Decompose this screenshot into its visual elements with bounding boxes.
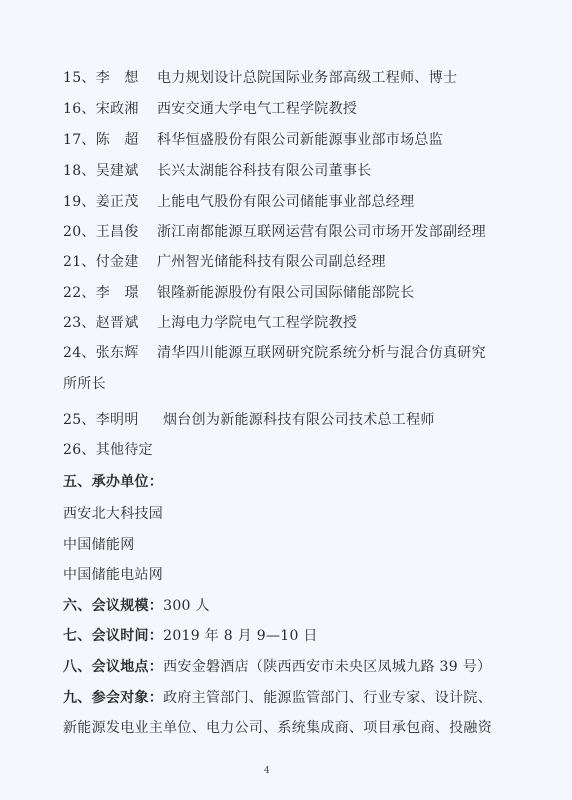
speaker-row: 23、赵晋斌 上海电力学院电气工程学院教授 (63, 313, 156, 333)
speaker-number: 16、 (63, 99, 96, 119)
audience-value: 政府主管部门、能源监管部门、行业专家、设计院、 (163, 690, 492, 706)
organizer-heading: 五、承办单位： (63, 474, 163, 490)
speaker-row: 19、姜正茂 上能电气股份有限公司储能事业部总经理 (63, 192, 156, 212)
organizer-name: 中国储能网 (63, 537, 135, 553)
speaker-name: 张东辉 (96, 343, 156, 363)
speaker-name: 宋政湘 (96, 99, 156, 119)
section-scale: 六、会议规模：300 人 (63, 596, 210, 616)
speaker-name: 付金建 (96, 252, 156, 272)
section-audience-continuation: 新能源发电业主单位、电力公司、系统集成商、项目承包商、投融资 (63, 718, 492, 738)
speaker-title-continuation: 所所长 (63, 374, 106, 394)
speaker-title: 上能电气股份有限公司储能事业部总经理 (157, 192, 414, 212)
speaker-title: 西安交通大学电气工程学院教授 (157, 99, 357, 119)
speaker-title: 烟台创为新能源科技有限公司技术总工程师 (163, 410, 435, 430)
speaker-row: 24、张东辉 清华四川能源互联网研究院系统分析与混合仿真研究 (63, 343, 156, 363)
speaker-number: 25、 (63, 410, 96, 430)
speaker-title: 长兴太湖能谷科技有限公司董事长 (157, 161, 372, 181)
speaker-row: 15、李 想 电力规划设计总院国际业务部高级工程师、博士 (63, 68, 156, 88)
time-heading: 七、会议时间： (63, 628, 163, 644)
audience-heading: 九、参会对象： (63, 690, 163, 706)
speaker-row: 22、李 璟 银隆新能源股份有限公司国际储能部院长 (63, 283, 156, 303)
speaker-number: 15、 (63, 68, 96, 88)
speaker-title: 上海电力学院电气工程学院教授 (157, 313, 357, 333)
speaker-name: 陈 超 (96, 130, 156, 150)
time-value: 2019 年 8 月 9—10 日 (163, 628, 318, 644)
speaker-name: 赵晋斌 (96, 313, 156, 333)
speaker-title: 银隆新能源股份有限公司国际储能部院长 (157, 283, 414, 303)
speaker-row: 16、宋政湘 西安交通大学电气工程学院教授 (63, 99, 156, 119)
organizer-name: 中国储能电站网 (63, 567, 163, 583)
speaker-name: 李 想 (96, 68, 156, 88)
organizer-item: 中国储能网 (63, 535, 135, 555)
speaker-name: 吴建斌 (96, 161, 156, 181)
document-page: 15、李 想 电力规划设计总院国际业务部高级工程师、博士 16、宋政湘 西安交通… (0, 0, 572, 800)
organizer-name: 西安北大科技园 (63, 506, 163, 522)
speaker-name: 李明明 (96, 410, 156, 430)
speaker-title: 科华恒盛股份有限公司新能源事业部市场总监 (157, 130, 443, 150)
speaker-name: 李 璟 (96, 283, 156, 303)
section-heading-organizer: 五、承办单位： (63, 472, 163, 492)
speaker-number: 20、 (63, 222, 96, 242)
scale-value: 300 人 (163, 598, 210, 614)
organizer-item: 西安北大科技园 (63, 504, 163, 524)
speaker-title: 浙江南都能源互联网运营有限公司市场开发部副经理 (157, 222, 486, 242)
section-audience: 九、参会对象：政府主管部门、能源监管部门、行业专家、设计院、 (63, 688, 492, 708)
section-time: 七、会议时间：2019 年 8 月 9—10 日 (63, 626, 318, 646)
speaker-title-cont: 所所长 (63, 376, 106, 392)
speaker-row: 17、陈 超 科华恒盛股份有限公司新能源事业部市场总监 (63, 130, 156, 150)
speaker-number: 24、 (63, 343, 96, 363)
speaker-row: 20、王昌俊 浙江南都能源互联网运营有限公司市场开发部副经理 (63, 222, 156, 242)
venue-value: 西安金磐酒店（陕西西安市未央区凤城九路 39 号） (163, 659, 491, 675)
speaker-row: 26、其他待定 (63, 440, 153, 460)
speaker-row: 21、付金建 广州智光储能科技有限公司副总经理 (63, 252, 156, 272)
speaker-number: 17、 (63, 130, 96, 150)
speaker-number: 26、 (63, 440, 96, 460)
speaker-title: 电力规划设计总院国际业务部高级工程师、博士 (157, 68, 457, 88)
page-number: 4 (264, 766, 270, 776)
speaker-number: 22、 (63, 283, 96, 303)
speaker-number: 18、 (63, 161, 96, 181)
speaker-name: 姜正茂 (96, 192, 156, 212)
speaker-name: 其他待定 (96, 442, 153, 458)
speaker-name: 王昌俊 (96, 222, 156, 242)
organizer-item: 中国储能电站网 (63, 565, 163, 585)
speaker-row: 25、李明明 烟台创为新能源科技有限公司技术总工程师 (63, 410, 156, 430)
section-venue: 八、会议地点：西安金磐酒店（陕西西安市未央区凤城九路 39 号） (63, 657, 491, 677)
speaker-number: 21、 (63, 252, 96, 272)
speaker-title: 广州智光储能科技有限公司副总经理 (157, 252, 386, 272)
speaker-row: 18、吴建斌 长兴太湖能谷科技有限公司董事长 (63, 161, 156, 181)
speaker-number: 23、 (63, 313, 96, 333)
speaker-number: 19、 (63, 192, 96, 212)
audience-value-cont: 新能源发电业主单位、电力公司、系统集成商、项目承包商、投融资 (63, 720, 492, 736)
venue-heading: 八、会议地点： (63, 659, 163, 675)
speaker-title: 清华四川能源互联网研究院系统分析与混合仿真研究 (157, 343, 486, 363)
scale-heading: 六、会议规模： (63, 598, 163, 614)
